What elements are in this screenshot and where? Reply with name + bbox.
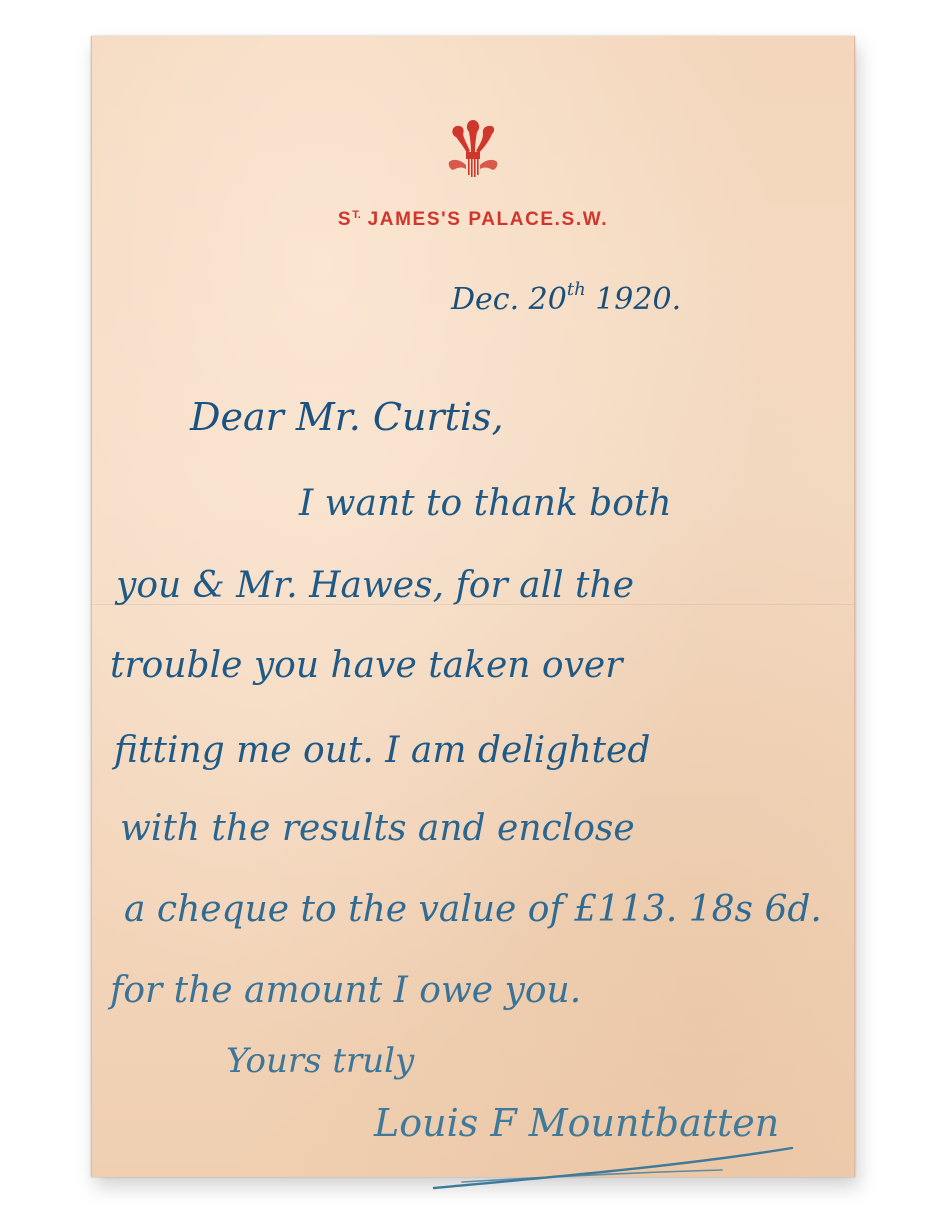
body-line: with the results and enclose: [120, 811, 635, 847]
prince-of-wales-feathers-icon: [443, 116, 503, 186]
letter-paper: ST. JAMES'S PALACE.S.W. Dec. 20th 1920. …: [91, 36, 855, 1177]
body-line: trouble you have taken over: [110, 648, 622, 684]
body-line: a cheque to the value of £113. 18s 6d.: [124, 892, 822, 928]
closing: Yours truly: [226, 1044, 414, 1078]
salutation: Dear Mr. Curtis,: [190, 398, 504, 436]
body-line: I want to thank both: [299, 486, 672, 522]
body-line: for the amount I owe you.: [110, 973, 581, 1009]
signature-underline-flourish: [422, 1136, 802, 1196]
body-line: fitting me out. I am delighted: [114, 733, 650, 769]
letterhead: ST. JAMES'S PALACE.S.W.: [92, 116, 854, 231]
body-line: you & Mr. Hawes, for all the: [116, 568, 634, 604]
letter-date: Dec. 20th 1920.: [451, 281, 681, 315]
letterhead-address: ST. JAMES'S PALACE.S.W.: [92, 209, 854, 231]
